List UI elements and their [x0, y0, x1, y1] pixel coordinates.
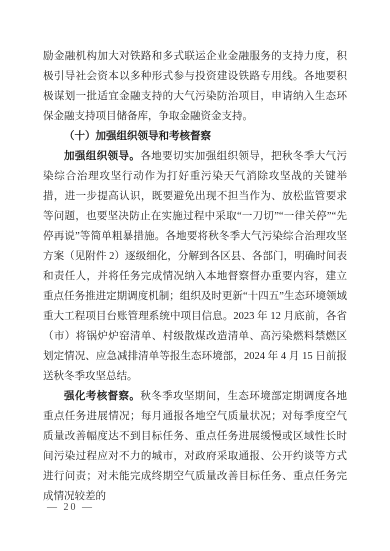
document-page: 励金融机构加大对铁路和多式联运企业金融服务的支持力度，积极引导社会资本以多种形式…: [0, 0, 390, 551]
section-heading-text: （十）加强组织领导和考核督察: [64, 131, 211, 142]
paragraph: 励金融机构加大对铁路和多式联运企业金融服务的支持力度，积极引导社会资本以多种形式…: [43, 47, 347, 127]
paragraph-text: 秋冬季攻坚期间，生态环境部定期调度各地重点任务进展情况；每月通报各地空气质量状况…: [43, 391, 347, 502]
paragraph-lead: 强化考核督察。: [64, 391, 140, 402]
paragraph-text: 励金融机构加大对铁路和多式联运企业金融服务的支持力度，积极引导社会资本以多种形式…: [43, 51, 347, 122]
page-content: 励金融机构加大对铁路和多式联运企业金融服务的支持力度，积极引导社会资本以多种形式…: [43, 47, 347, 507]
paragraph: 加强组织领导。各地要切实加强组织领导，把秋冬季大气污染综合治理攻坚行动作为打好重…: [43, 147, 347, 387]
page-number: — 20 —: [47, 502, 94, 513]
paragraph-lead: 加强组织领导。: [64, 151, 140, 162]
paragraph: 强化考核督察。秋冬季攻坚期间，生态环境部定期调度各地重点任务进展情况；每月通报各…: [43, 387, 347, 507]
section-heading: （十）加强组织领导和考核督察: [43, 127, 347, 147]
paragraph-text: 各地要切实加强组织领导，把秋冬季大气污染综合治理攻坚行动作为打好重污染天气消除攻…: [43, 151, 347, 382]
